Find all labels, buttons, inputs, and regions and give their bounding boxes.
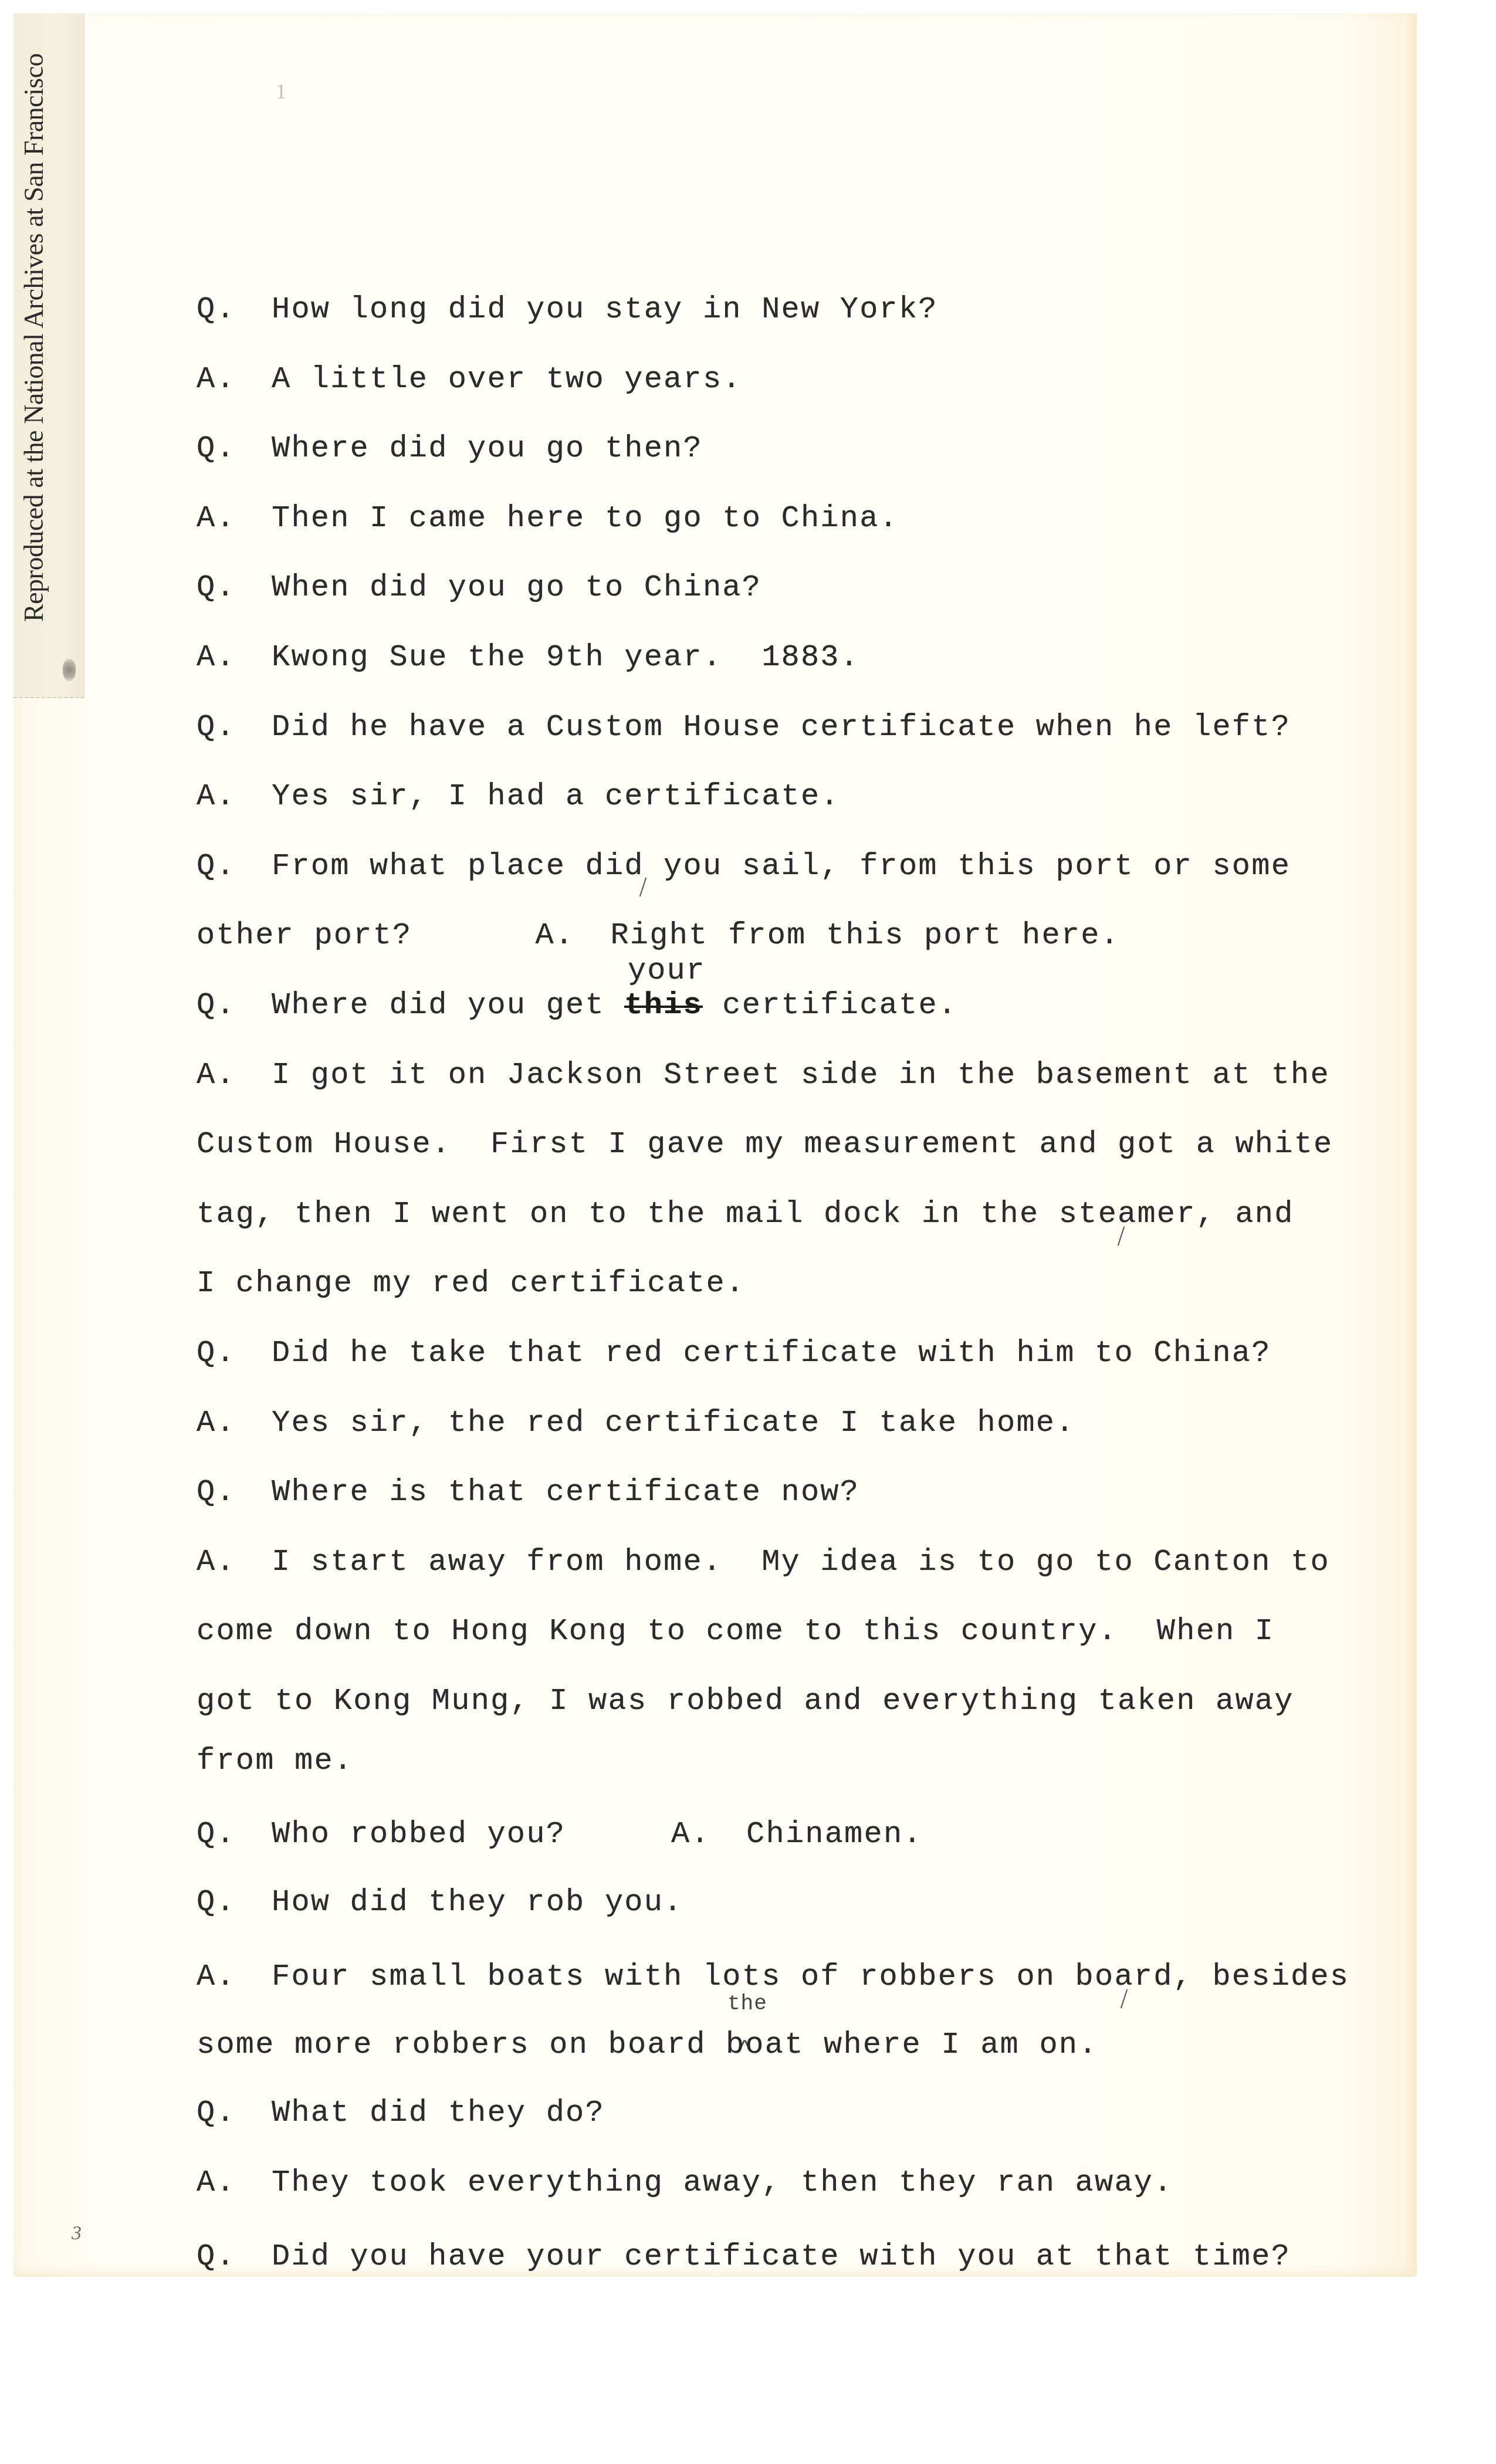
speaker-label: Q. — [197, 1333, 272, 1374]
line-text: I change my red certificate. — [197, 1266, 745, 1301]
line-text: come down to Hong Kong to come to this c… — [197, 1614, 1274, 1649]
transcript-line: come down to Hong Kong to come to this c… — [197, 1611, 1274, 1652]
transcript-line: Q.How long did you stay in New York? — [197, 289, 938, 330]
speaker-label: Q. — [197, 1472, 272, 1513]
transcript-line: Q.Did he take that red certificate with … — [197, 1333, 1271, 1374]
speaker-label: A. — [197, 776, 272, 817]
transcript-line: A.Yes sir, I had a certificate. — [197, 776, 840, 817]
speaker-label: A. — [197, 498, 272, 539]
line-text: Yes sir, I had a certificate. — [272, 779, 840, 814]
transcript-line: Q.Where did you get this certificate. — [197, 985, 957, 1026]
transcript-line: Q.When did you go to China? — [197, 567, 761, 608]
line-text: Who robbed you? — [272, 1817, 566, 1852]
stamp-mark — [63, 659, 76, 681]
struck-word: this — [624, 988, 703, 1023]
transcript-line: A.Yes sir, the red certificate I take ho… — [197, 1403, 1075, 1444]
transcript-line: A.I got it on Jackson Street side in the… — [197, 1055, 1330, 1096]
line-text: Custom House. First I gave my measuremen… — [197, 1127, 1333, 1162]
speaker-label: A. — [197, 637, 272, 678]
line-text: Where is that certificate now? — [272, 1475, 859, 1509]
speaker-label: Q. — [197, 2236, 272, 2277]
line-text: Where did you get — [272, 988, 624, 1023]
line-text: They took everything away, then they ran… — [272, 2165, 1173, 2200]
line-text: When did you go to China? — [272, 570, 761, 605]
speaker-label: A. — [535, 915, 610, 956]
transcript-line: Q.Where is that certificate now? — [197, 1472, 859, 1513]
speaker-label: Q. — [197, 2093, 272, 2134]
line-text: Kwong Sue the 9th year. 1883. — [272, 640, 859, 675]
transcript-line: some more robbers on board boat where I … — [197, 2025, 1098, 2066]
line-text: certificate. — [703, 988, 957, 1023]
transcript-line: A.I start away from home. My idea is to … — [197, 1542, 1330, 1583]
inline-answer-text: Chinamen. — [746, 1817, 923, 1852]
transcript-line: A.Four small boats with lots of robbers … — [197, 1957, 1349, 1998]
line-text: Where did you go then? — [272, 431, 703, 466]
speaker-label: A. — [197, 359, 272, 400]
line-text: I got it on Jackson Street side in the b… — [272, 1058, 1330, 1092]
line-text: How long did you stay in New York? — [272, 292, 938, 327]
line-text: Did you have your certificate with you a… — [272, 2239, 1291, 2274]
speaker-label: Q. — [197, 1814, 272, 1855]
line-text: other port? — [197, 918, 412, 953]
speaker-label: A. — [197, 2162, 272, 2204]
corner-mark: 1 — [276, 79, 286, 104]
speaker-label: A. — [671, 1814, 746, 1855]
speaker-label: A. — [197, 1403, 272, 1444]
speaker-label: A. — [197, 1542, 272, 1583]
line-text: I start away from home. My idea is to go… — [272, 1545, 1330, 1579]
speaker-label: Q. — [197, 985, 272, 1026]
transcript-line: Q.Did he have a Custom House certificate… — [197, 707, 1291, 748]
inline-answer-text: Right from this port here. — [610, 918, 1120, 953]
speaker-label: Q. — [197, 1882, 272, 1923]
page-number-mark: 3 — [72, 2222, 82, 2245]
transcript-line: other port?A.Right from this port here. — [197, 915, 1120, 956]
line-text: From what place did you sail, from this … — [272, 849, 1291, 884]
transcript-line: Q.Did you have your certificate with you… — [197, 2236, 1291, 2277]
speaker-label: Q. — [197, 428, 272, 469]
line-text: Then I came here to go to China. — [272, 501, 899, 536]
transcript-line: tag, then I went on to the mail dock in … — [197, 1194, 1294, 1235]
speaker-label: A. — [197, 1957, 272, 1998]
speaker-label: Q. — [197, 707, 272, 748]
transcript-line: Q.What did they do? — [197, 2093, 605, 2134]
transcript-line: from me. — [197, 1741, 353, 1782]
transcript-line: Q.Where did you go then? — [197, 428, 703, 469]
speaker-label: A. — [197, 1055, 272, 1096]
line-text: Did he take that red certificate with hi… — [272, 1336, 1271, 1370]
line-text: A little over two years. — [272, 362, 742, 397]
handwritten-insertion: the — [727, 1992, 767, 2016]
line-text: got to Kong Mung, I was robbed and every… — [197, 1684, 1294, 1718]
transcript-line: A.A little over two years. — [197, 359, 742, 400]
speaker-label: Q. — [197, 289, 272, 330]
archive-caption: Reproduced at the National Archives at S… — [19, 94, 49, 622]
line-text: tag, then I went on to the mail dock in … — [197, 1197, 1294, 1231]
transcript-line: A.Then I came here to go to China. — [197, 498, 899, 539]
typed-insertion: your — [628, 953, 706, 989]
line-text: some more robbers on board — [197, 2028, 706, 2062]
line-text: from me. — [197, 1744, 353, 1778]
line-text: What did they do? — [272, 2096, 605, 2130]
transcript-line: A.They took everything away, then they r… — [197, 2162, 1173, 2204]
transcript-line: Q.Who robbed you?A.Chinamen. — [197, 1814, 923, 1855]
transcript-line: Q.How did they rob you. — [197, 1882, 683, 1923]
transcript-line: I change my red certificate. — [197, 1263, 745, 1304]
transcript-line: Custom House. First I gave my measuremen… — [197, 1124, 1333, 1165]
line-text: Did he have a Custom House certificate w… — [272, 710, 1291, 744]
transcript-line: Q.From what place did you sail, from thi… — [197, 846, 1291, 887]
transcript-line: got to Kong Mung, I was robbed and every… — [197, 1681, 1294, 1722]
speaker-label: Q. — [197, 567, 272, 608]
line-text: boat where I am on. — [706, 2028, 1098, 2062]
line-text: Yes sir, the red certificate I take home… — [272, 1406, 1075, 1440]
speaker-label: Q. — [197, 846, 272, 887]
transcript-line: A.Kwong Sue the 9th year. 1883. — [197, 637, 859, 678]
line-text: How did they rob you. — [272, 1885, 683, 1920]
line-text: Four small boats with lots of robbers on… — [272, 1959, 1349, 1994]
